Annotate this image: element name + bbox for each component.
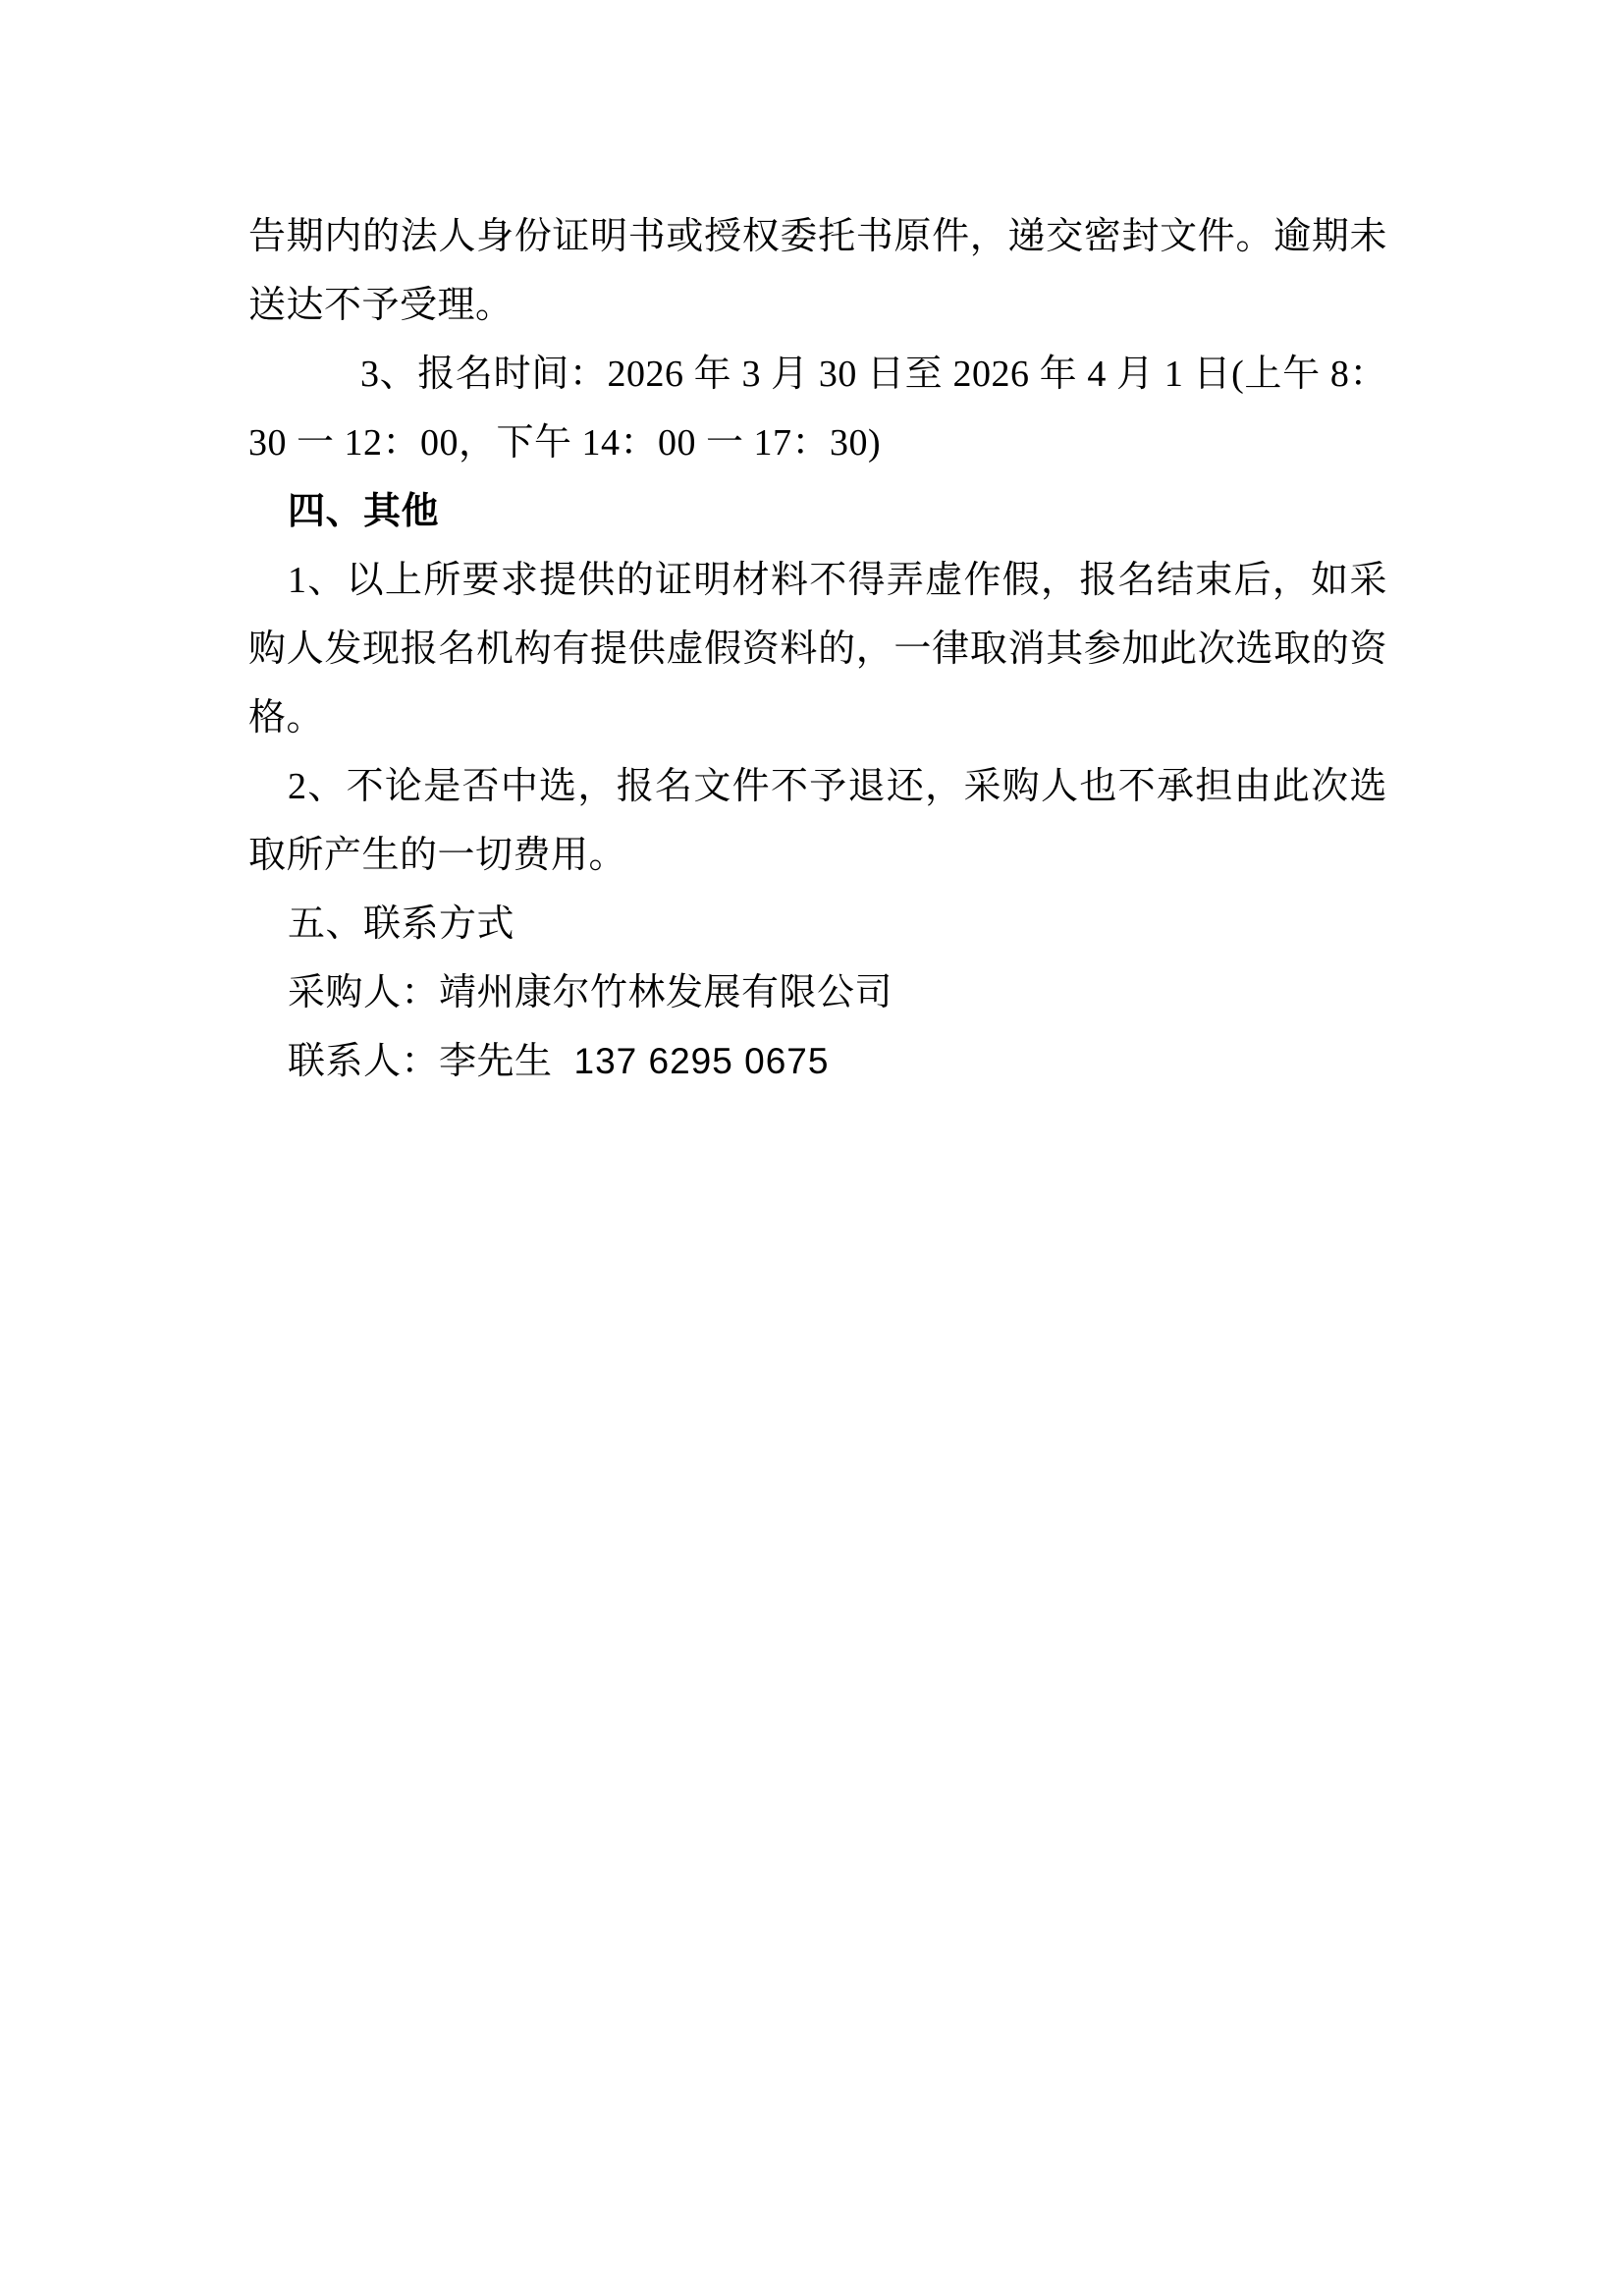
heading-section-five: 五、联系方式 [248,890,1387,958]
line-other-item2-1-text: 2、不论是否中选，报名文件不予退还，采购人也不承担由此次选 [288,766,1387,807]
line-signup-time-1: 3、报名时间：2026 年 3 月 30 日至 2026 年 4 月 1 日(上… [248,340,1387,409]
line-contact: 联系人：李先生 137 6295 0675 [248,1027,1387,1096]
document-page: 告期内的法人身份证明书或授权委托书原件，递交密封文件。逾期未送达不予受理。3、报… [0,0,1623,2296]
line-deadline-wrap-1: 告期内的法人身份证明书或授权委托书原件，递交密封文件。逾期未 [248,202,1387,271]
line-other-item1-3: 格。 [248,683,1387,752]
document-text-block: 告期内的法人身份证明书或授权委托书原件，递交密封文件。逾期未送达不予受理。3、报… [248,202,1387,1096]
line-purchaser: 采购人：靖州康尔竹林发展有限公司 [248,958,1387,1027]
line-deadline-wrap-2-text: 送达不予受理。 [248,285,514,326]
heading-section-four-text: 四、其他 [288,491,439,532]
line-signup-time-2: 30 一 12：00，下午 14：00 一 17：30) [248,409,1387,477]
line-other-item2-2: 取所产生的一切费用。 [248,821,1387,890]
line-signup-time-1-text: 3、报名时间：2026 年 3 月 30 日至 2026 年 4 月 1 日(上… [360,354,1387,395]
line-other-item1-2: 购人发现报名机构有提供虚假资料的，一律取消其参加此次选取的资 [248,615,1387,683]
line-other-item1-2-text: 购人发现报名机构有提供虚假资料的，一律取消其参加此次选取的资 [248,629,1387,670]
line-deadline-wrap-2: 送达不予受理。 [248,271,1387,340]
line-purchaser-text: 采购人：靖州康尔竹林发展有限公司 [288,972,893,1013]
line-signup-time-2-text: 30 一 12：00，下午 14：00 一 17：30) [248,422,881,464]
heading-section-five-text: 五、联系方式 [288,903,514,945]
line-other-item2-2-text: 取所产生的一切费用。 [248,835,626,876]
line-other-item1-3-text: 格。 [248,697,324,738]
line-contact-text: 联系人：李先生 [288,1041,563,1082]
line-other-item1-1-text: 1、以上所要求提供的证明材料不得弄虚作假，报名结束后，如采 [288,560,1387,601]
heading-section-four: 四、其他 [248,477,1387,546]
contact-phone-number: 137 6295 0675 [574,1041,830,1081]
line-other-item1-1: 1、以上所要求提供的证明材料不得弄虚作假，报名结束后，如采 [248,546,1387,615]
line-other-item2-1: 2、不论是否中选，报名文件不予退还，采购人也不承担由此次选 [248,752,1387,821]
line-deadline-wrap-1-text: 告期内的法人身份证明书或授权委托书原件，递交密封文件。逾期未 [248,216,1387,257]
